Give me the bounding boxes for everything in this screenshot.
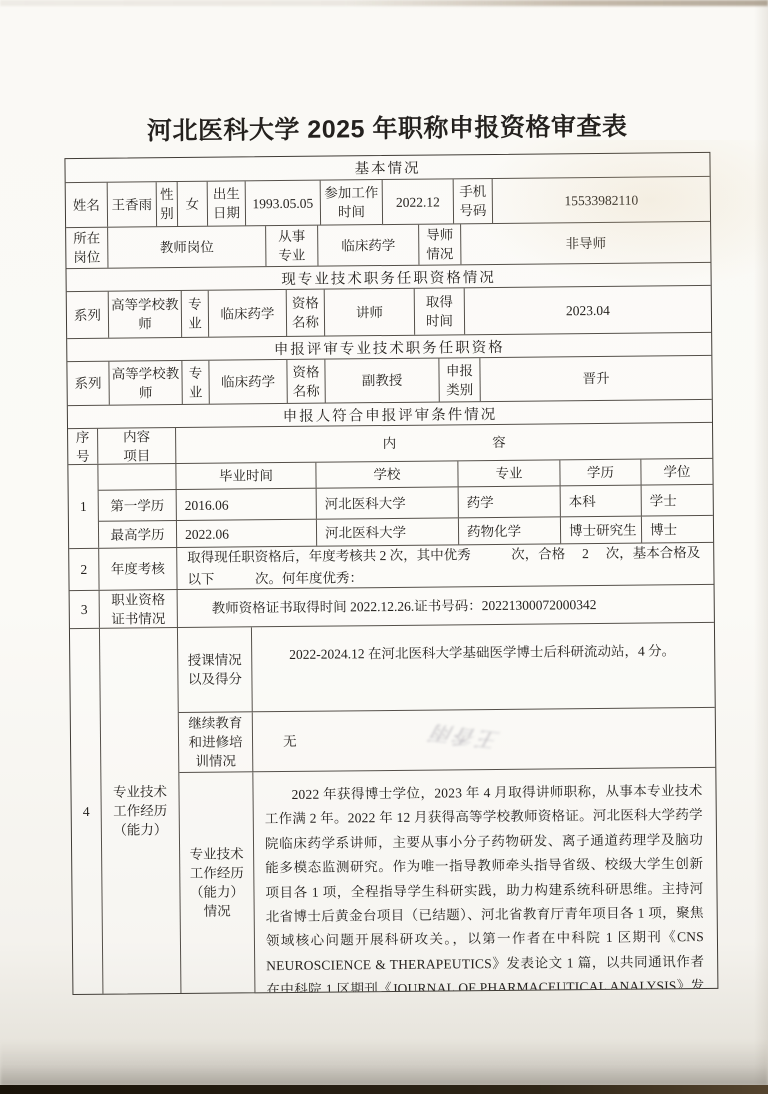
highest-degree-level: 博士研究生 bbox=[561, 517, 642, 544]
first-grad-time: 2016.06 bbox=[177, 489, 317, 520]
mentor-label: 导师 情况 bbox=[419, 224, 461, 264]
scan-bottom-band bbox=[0, 1085, 768, 1094]
conditions-column-header-row: 序 号 内容 项目 内 容 bbox=[68, 423, 712, 465]
table-row-post: 所在 岗位 教师岗位 从事 专业 临床药学 导师 情况 非导师 bbox=[66, 222, 710, 269]
annual-content: 取得现任职资格后，年度考核共 2 次，其中优秀 次，合格 2 次，基本合格及以下… bbox=[177, 543, 713, 589]
gender-value: 女 bbox=[178, 182, 208, 226]
birth-date-value: 1993.05.05 bbox=[246, 181, 321, 226]
phone-label: 手机 号码 bbox=[454, 179, 493, 223]
section-header-current-title-text: 现专业技术职务任职资格情况 bbox=[281, 265, 496, 288]
experience-detail-content: 2022 年获得博士学位，2023 年 4 月取得讲师职称，从事本专业技术工作满… bbox=[253, 768, 717, 992]
scan-bottom-shadow bbox=[0, 1040, 768, 1086]
experience-subtable: 授课情况 以及得分 2022-2024.12 在河北医科大学基础医学博士后科研流… bbox=[178, 623, 717, 993]
apply-major-value: 临床药学 bbox=[209, 360, 287, 404]
post-label: 所在 岗位 bbox=[66, 228, 108, 268]
col-school: 学校 bbox=[316, 461, 458, 487]
work-start-value: 2022.12 bbox=[383, 179, 454, 224]
mentor-value: 非导师 bbox=[461, 222, 710, 264]
obtain-time-label: 取得 时间 bbox=[415, 288, 465, 334]
first-degree: 学士 bbox=[642, 485, 713, 516]
page-title: 河北医科大学 2025 年职称申报资格审查表 bbox=[64, 109, 710, 149]
paper-sheet: 河北医科大学 2025 年职称申报资格审查表 基本情况 姓名 王香雨 性 别 女… bbox=[64, 109, 718, 995]
teaching-label: 授课情况 以及得分 bbox=[178, 627, 253, 712]
apply-category-value: 晋升 bbox=[480, 356, 711, 401]
col-header-content: 内 容 bbox=[176, 423, 712, 463]
table-row-apply-title: 系列 高等学校教 师 专 业 临床药学 资格 名称 副教授 申报 类别 晋升 bbox=[67, 356, 711, 406]
teaching-content: 2022-2024.12 在河北医科大学基础医学博士后科研流动站，4 分。 bbox=[252, 623, 715, 711]
experience-item-no: 4 bbox=[70, 629, 104, 994]
col-header-item: 内容 项目 bbox=[98, 428, 176, 464]
qualification-value: 讲师 bbox=[325, 289, 415, 336]
first-degree-level: 本科 bbox=[561, 486, 642, 517]
education-item-no: 1 bbox=[68, 465, 99, 548]
col-degree-level: 学历 bbox=[560, 460, 641, 486]
education-blank-cell bbox=[98, 464, 176, 490]
col-major: 专业 bbox=[458, 460, 560, 486]
obtain-time-value: 2023.04 bbox=[465, 286, 711, 334]
col-grad-time: 毕业时间 bbox=[176, 463, 316, 489]
highest-grad-time: 2022.06 bbox=[177, 520, 317, 547]
col-header-content-right: 容 bbox=[492, 433, 506, 452]
gender-label: 性 别 bbox=[157, 182, 178, 226]
engaged-major-label: 从事 专业 bbox=[266, 226, 318, 266]
major-label: 专 业 bbox=[182, 291, 209, 337]
name-label: 姓名 bbox=[66, 183, 108, 227]
training-label: 继续教育 和进修培 训情况 bbox=[179, 712, 254, 772]
work-start-label: 参加工作 时间 bbox=[321, 180, 383, 225]
certificate-item-no: 3 bbox=[70, 591, 100, 628]
birth-date-label: 出生 日期 bbox=[208, 181, 246, 225]
teaching-row: 授课情况 以及得分 2022-2024.12 在河北医科大学基础医学博士后科研流… bbox=[178, 623, 715, 713]
certificate-label: 职业资格 证书情况 bbox=[100, 590, 178, 628]
review-form-table: 基本情况 姓名 王香雨 性 别 女 出生 日期 1993.05.05 参加工作 … bbox=[64, 152, 718, 995]
highest-degree: 博士 bbox=[642, 516, 713, 543]
scan-right-edge bbox=[754, 0, 768, 1094]
section-header-apply-title-text: 申报评审专业技术职务任职资格 bbox=[274, 335, 505, 358]
annual-label: 年度考核 bbox=[99, 548, 177, 590]
table-row-annual-review: 2 年度考核 取得现任职资格后，年度考核共 2 次，其中优秀 次，合格 2 次，… bbox=[69, 543, 713, 591]
table-row-certificate: 3 职业资格 证书情况 教师资格证书取得时间 2022.12.26.证书号码：2… bbox=[70, 585, 714, 629]
apply-qualification-label: 资格 名称 bbox=[287, 360, 325, 403]
table-row-current-title: 系列 高等学校教 师 专 业 临床药学 资格 名称 讲师 取得 时间 2023.… bbox=[67, 286, 711, 339]
experience-detail-label: 专业技术 工作经历 （能力） 情况 bbox=[179, 772, 255, 993]
post-value: 教师岗位 bbox=[108, 226, 266, 268]
scan-top-edge bbox=[0, 0, 768, 6]
highest-education-label: 最高学历 bbox=[99, 521, 177, 548]
apply-major-label: 专 业 bbox=[182, 361, 209, 404]
major-value: 临床药学 bbox=[209, 290, 287, 337]
first-major: 药学 bbox=[459, 486, 561, 517]
series-value: 高等学校教 师 bbox=[109, 291, 182, 338]
col-header-no: 序 号 bbox=[68, 429, 98, 464]
engaged-major-value: 临床药学 bbox=[318, 225, 419, 266]
apply-series-value: 高等学校教 师 bbox=[109, 361, 182, 405]
experience-detail-row: 专业技术 工作经历 （能力） 情况 2022 年获得博士学位，2023 年 4 … bbox=[179, 768, 717, 993]
section-header-conditions-text: 申报人符合申报评审条件情况 bbox=[283, 402, 498, 425]
qualification-label: 资格 名称 bbox=[287, 290, 325, 336]
table-row-experience: 4 专业技术 工作经历 （能力） 授课情况 以及得分 2022-2024.12 … bbox=[70, 623, 717, 994]
scanned-form-photo: 河北医科大学 2025 年职称申报资格审查表 基本情况 姓名 王香雨 性 别 女… bbox=[0, 0, 768, 1094]
experience-label: 专业技术 工作经历 （能力） bbox=[100, 628, 182, 994]
table-row-education: 1 毕业时间 学校 专业 学历 学位 第一学历 2016.06 河北医科大学 bbox=[68, 459, 713, 549]
section-header-basic-text: 基本情况 bbox=[354, 157, 420, 179]
phone-value: 15533982110 bbox=[493, 177, 710, 223]
first-school: 河北医科大学 bbox=[317, 487, 459, 518]
apply-category-label: 申报 类别 bbox=[439, 358, 480, 401]
col-header-content-left: 内 bbox=[383, 434, 397, 453]
highest-major: 药物化学 bbox=[459, 517, 561, 544]
apply-series-label: 系列 bbox=[67, 362, 109, 405]
education-subtable: 毕业时间 学校 专业 学历 学位 第一学历 2016.06 河北医科大学 药学 … bbox=[98, 459, 713, 548]
highest-school: 河北医科大学 bbox=[317, 518, 459, 545]
apply-qualification-value: 副教授 bbox=[325, 359, 439, 403]
certificate-content: 教师资格证书取得时间 2022.12.26.证书号码：2022130007200… bbox=[178, 585, 714, 627]
annual-item-no: 2 bbox=[69, 549, 99, 590]
table-row-identity: 姓名 王香雨 性 别 女 出生 日期 1993.05.05 参加工作 时间 20… bbox=[66, 177, 710, 228]
series-label: 系列 bbox=[67, 292, 109, 338]
name-value: 王香雨 bbox=[108, 182, 157, 226]
col-degree: 学位 bbox=[641, 459, 712, 485]
first-education-label: 第一学历 bbox=[99, 490, 177, 521]
